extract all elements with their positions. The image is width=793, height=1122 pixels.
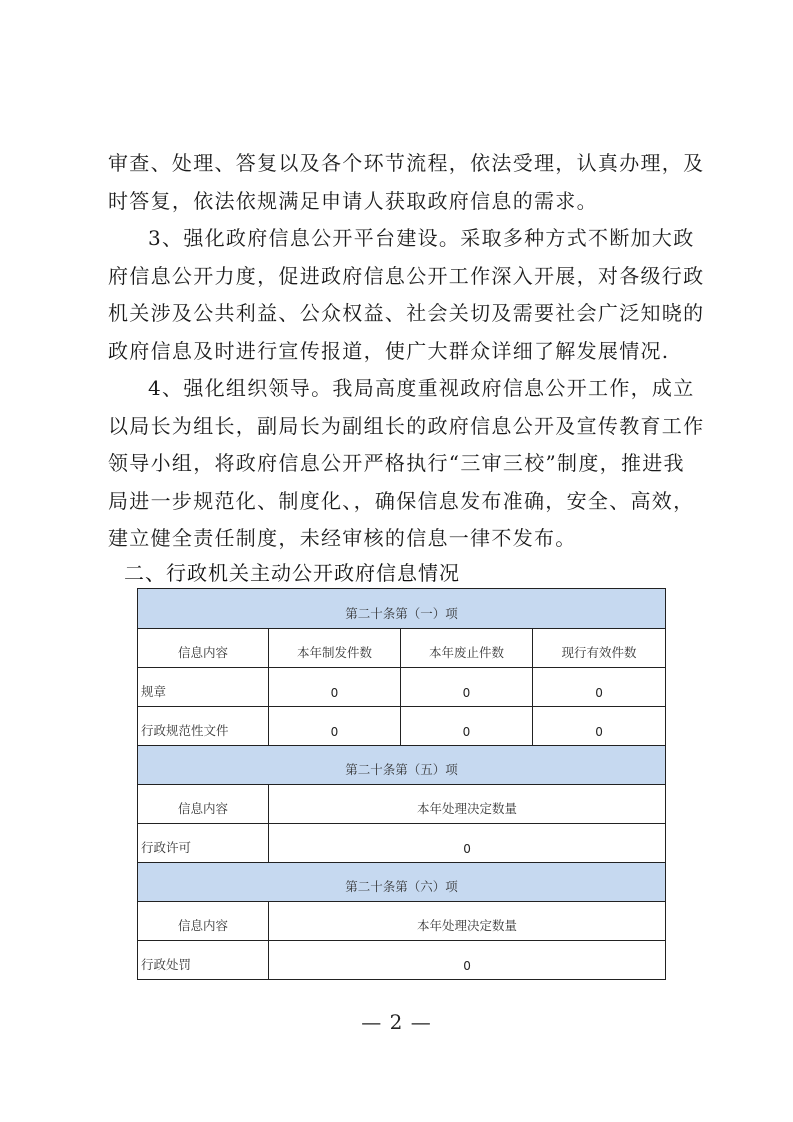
value-cell: 0	[269, 668, 401, 707]
row-label: 行政规范性文件	[138, 707, 269, 746]
row-label: 行政处罚	[138, 941, 269, 980]
value-cell: 0	[533, 668, 666, 707]
header-cell: 本年处理决定数量	[269, 902, 666, 941]
table-band-row: 第二十条第（一）项	[138, 589, 666, 629]
header-cell: 信息内容	[138, 902, 269, 941]
text-line: 审查、处理、答复以及各个环节流程，依法受理，认真办理，及	[108, 145, 692, 183]
band-label: 第二十条第（五）项	[138, 746, 666, 785]
row-label: 行政许可	[138, 824, 269, 863]
value-cell: 0	[401, 707, 533, 746]
value-cell: 0	[269, 941, 666, 980]
text-line: 局进一步规范化、制度化、，确保信息发布准确，安全、高效，	[108, 483, 692, 521]
band-label: 第二十条第（六）项	[138, 863, 666, 902]
section-heading: 二、行政机关主动公开政府信息情况	[124, 559, 460, 587]
text-line: 政府信息及时进行宣传报道，使广大群众详细了解发展情况.	[108, 333, 692, 371]
text-line: 府信息公开力度，促进政府信息公开工作深入开展，对各级行政	[108, 258, 692, 296]
text-line: 时答复，依法依规满足申请人获取政府信息的需求。	[108, 183, 692, 221]
table-band-row: 第二十条第（六）项	[138, 863, 666, 902]
table-header-row: 信息内容 本年处理决定数量	[138, 785, 666, 824]
value-cell: 0	[269, 824, 666, 863]
header-cell: 信息内容	[138, 629, 269, 668]
value-cell: 0	[269, 707, 401, 746]
page-number: — 2 —	[0, 1010, 793, 1034]
disclosure-table: 第二十条第（一）项 信息内容 本年制发件数 本年废止件数 现行有效件数 规章 0…	[137, 588, 666, 980]
table-header-row: 信息内容 本年处理决定数量	[138, 902, 666, 941]
text-line: 以局长为组长，副局长为副组长的政府信息公开及宣传教育工作	[108, 408, 692, 446]
value-cell: 0	[533, 707, 666, 746]
text-line: 3、强化政府信息公开平台建设。采取多种方式不断加大政	[108, 220, 692, 258]
text-line: 领导小组，将政府信息公开严格执行“三审三校”制度，推进我	[108, 445, 692, 483]
band-label: 第二十条第（一）项	[138, 589, 666, 629]
text-line: 机关涉及公共利益、公众权益、社会关切及需要社会广泛知晓的	[108, 295, 692, 333]
header-cell: 本年制发件数	[269, 629, 401, 668]
paragraph-item-3: 3、强化政府信息公开平台建设。采取多种方式不断加大政 府信息公开力度，促进政府信…	[108, 220, 692, 370]
table-band-row: 第二十条第（五）项	[138, 746, 666, 785]
table-row: 行政处罚 0	[138, 941, 666, 980]
row-label: 规章	[138, 668, 269, 707]
paragraph-item-4: 4、强化组织领导。我局高度重视政府信息公开工作，成立 以局长为组长，副局长为副组…	[108, 370, 692, 558]
header-cell: 本年处理决定数量	[269, 785, 666, 824]
text-line: 4、强化组织领导。我局高度重视政府信息公开工作，成立	[108, 370, 692, 408]
header-cell: 本年废止件数	[401, 629, 533, 668]
text-line: 建立健全责任制度，未经审核的信息一律不发布。	[108, 520, 692, 558]
table-row: 行政规范性文件 0 0 0	[138, 707, 666, 746]
paragraph-continuation: 审查、处理、答复以及各个环节流程，依法受理，认真办理，及 时答复，依法依规满足申…	[108, 145, 692, 220]
table-header-row: 信息内容 本年制发件数 本年废止件数 现行有效件数	[138, 629, 666, 668]
value-cell: 0	[401, 668, 533, 707]
header-cell: 现行有效件数	[533, 629, 666, 668]
header-cell: 信息内容	[138, 785, 269, 824]
table-row: 规章 0 0 0	[138, 668, 666, 707]
table-row: 行政许可 0	[138, 824, 666, 863]
